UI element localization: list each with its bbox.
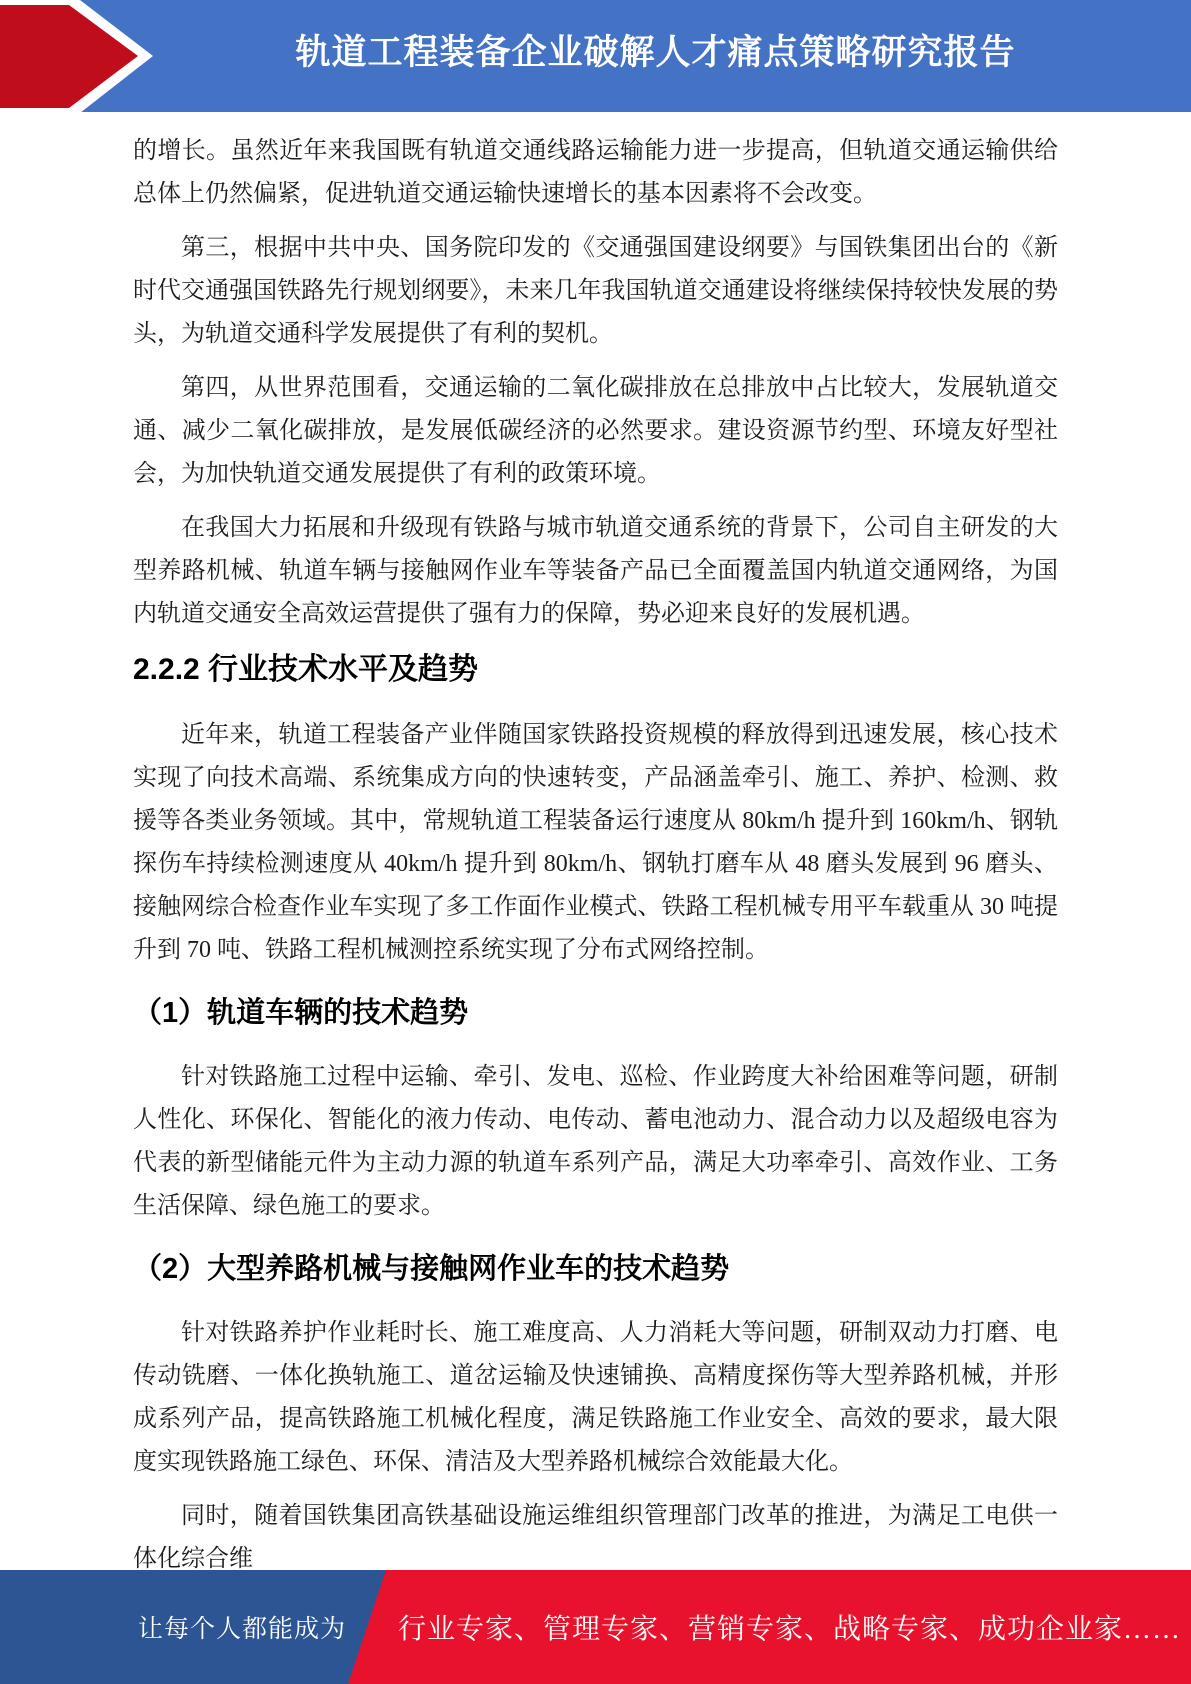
body-paragraph: 同时，随着国铁集团高铁基础设施运维组织管理部门改革的推进，为满足工电供一体化综合…	[133, 1495, 1058, 1581]
body-paragraph: 在我国大力拓展和升级现有铁路与城市轨道交通系统的背景下，公司自主研发的大型养路机…	[133, 507, 1058, 636]
page-header-banner: 轨道工程装备企业破解人才痛点策略研究报告	[0, 0, 1191, 112]
body-paragraph: 第四，从世界范围看，交通运输的二氧化碳排放在总排放中占比较大，发展轨道交通、减少…	[133, 367, 1058, 496]
footer-expert-list: 行业专家、管理专家、营销专家、战略专家、成功企业家……	[398, 1570, 1181, 1684]
continuation-paragraph: 的增长。虽然近年来我国既有轨道交通线路运输能力进一步提高，但轨道交通运输供给总体…	[133, 130, 1058, 216]
body-paragraph: 近年来，轨道工程装备产业伴随国家铁路投资规模的释放得到迅速发展，核心技术实现了向…	[133, 714, 1058, 972]
header-arrow-icon	[0, 5, 138, 108]
sub-heading: （2）大型养路机械与接触网作业车的技术趋势	[133, 1250, 1058, 1288]
page-footer-banner: 让每个人都能成为 行业专家、管理专家、营销专家、战略专家、成功企业家……	[0, 1570, 1191, 1684]
sub-heading: （1）轨道车辆的技术趋势	[133, 994, 1058, 1032]
body-paragraph: 第三，根据中共中央、国务院印发的《交通强国建设纲要》与国铁集团出台的《新时代交通…	[133, 227, 1058, 356]
body-paragraph: 针对铁路养护作业耗时长、施工难度高、人力消耗大等问题，研制双动力打磨、电传动铣磨…	[133, 1312, 1058, 1484]
content-blocks: 的增长。虽然近年来我国既有轨道交通线路运输能力进一步提高，但轨道交通运输供给总体…	[133, 112, 1058, 1581]
report-page: 轨道工程装备企业破解人才痛点策略研究报告 的增长。虽然近年来我国既有轨道交通线路…	[0, 0, 1191, 1684]
section-heading: 2.2.2 行业技术水平及趋势	[133, 650, 1058, 690]
footer-slogan: 让每个人都能成为	[138, 1570, 346, 1684]
page-body: 的增长。虽然近年来我国既有轨道交通线路运输能力进一步提高，但轨道交通运输供给总体…	[133, 112, 1058, 1669]
report-title: 轨道工程装备企业破解人才痛点策略研究报告	[160, 0, 1151, 100]
body-paragraph: 针对铁路施工过程中运输、牵引、发电、巡检、作业跨度大补给困难等问题，研制人性化、…	[133, 1056, 1058, 1228]
